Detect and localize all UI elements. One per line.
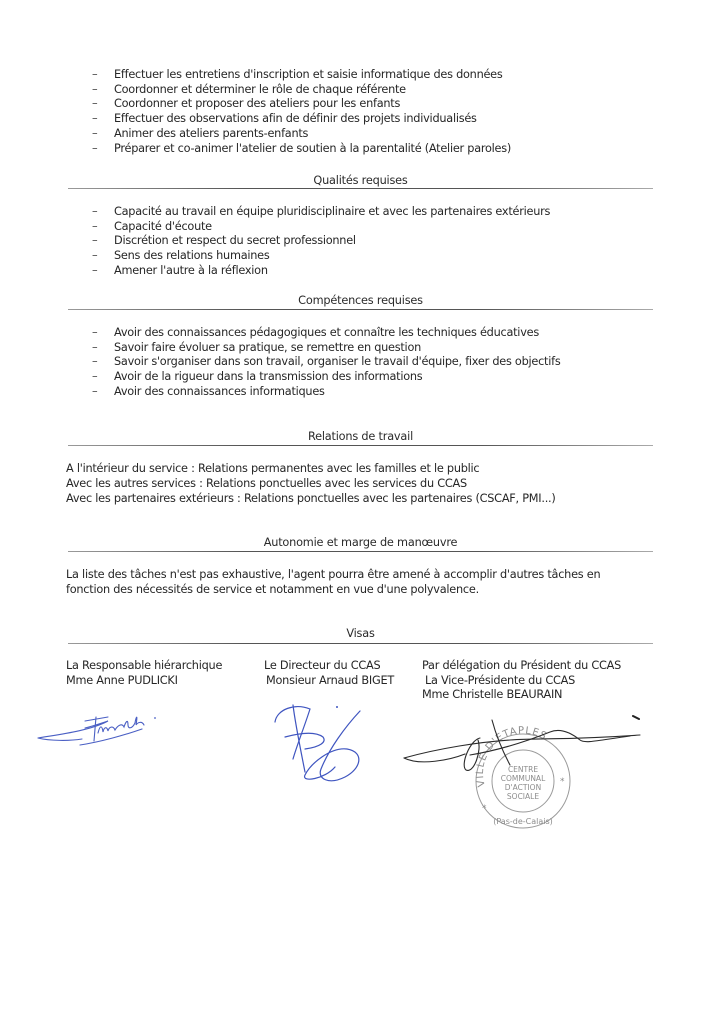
list-item: –Avoir des connaissances pédagogiques et… bbox=[90, 326, 561, 341]
section-divider bbox=[68, 309, 653, 310]
list-item: –Avoir de la rigueur dans la transmissio… bbox=[90, 370, 561, 385]
competences-list: –Avoir des connaissances pédagogiques et… bbox=[90, 326, 561, 400]
dash-bullet: – bbox=[92, 127, 97, 142]
dash-bullet: – bbox=[92, 68, 97, 83]
signatory-name: La Vice-Présidente du CCAS bbox=[422, 674, 621, 689]
signatory-role: La Responsable hiérarchique bbox=[66, 659, 222, 674]
signatory-name: Monsieur Arnaud BIGET bbox=[264, 674, 394, 689]
list-item: –Préparer et co-animer l'atelier de sout… bbox=[90, 142, 511, 157]
dash-bullet: – bbox=[92, 326, 97, 341]
relations-line: Avec les partenaires extérieurs : Relati… bbox=[66, 491, 556, 506]
section-title-autonomie: Autonomie et marge de manœuvre bbox=[68, 536, 653, 549]
list-item: –Coordonner et déterminer le rôle de cha… bbox=[90, 83, 511, 98]
signature-pudlicki bbox=[30, 695, 170, 755]
list-item: –Discrétion et respect du secret profess… bbox=[90, 234, 550, 249]
dash-bullet: – bbox=[92, 341, 97, 356]
autonomie-text: La liste des tâches n'est pas exhaustive… bbox=[66, 567, 600, 597]
section-divider bbox=[68, 188, 653, 189]
section-title-visas: Visas bbox=[68, 627, 653, 640]
dash-bullet: – bbox=[92, 220, 97, 235]
relations-line: A l'intérieur du service : Relations per… bbox=[66, 461, 556, 476]
relations-text: A l'intérieur du service : Relations per… bbox=[66, 461, 556, 506]
stamp-inner-line: SOCIALE bbox=[507, 792, 539, 801]
dash-bullet: – bbox=[92, 234, 97, 249]
signatory-name: Mme Christelle BEAURAIN bbox=[422, 688, 621, 703]
list-item: –Amener l'autre à la réflexion bbox=[90, 264, 550, 279]
dash-bullet: – bbox=[92, 264, 97, 279]
dash-bullet: – bbox=[92, 249, 97, 264]
autonomie-line: La liste des tâches n'est pas exhaustive… bbox=[66, 567, 600, 582]
section-divider bbox=[68, 643, 653, 644]
list-item: –Animer des ateliers parents-enfants bbox=[90, 127, 511, 142]
signatory-name: Mme Anne PUDLICKI bbox=[66, 674, 222, 689]
dash-bullet: – bbox=[92, 97, 97, 112]
list-item: –Savoir faire évoluer sa pratique, se re… bbox=[90, 341, 561, 356]
list-item: –Savoir s'organiser dans son travail, or… bbox=[90, 355, 561, 370]
tasks-list: –Effectuer les entretiens d'inscription … bbox=[90, 68, 511, 156]
signatory-vice-presidente: Par délégation du Président du CCAS La V… bbox=[422, 659, 621, 703]
section-title-qualites: Qualités requises bbox=[68, 174, 653, 187]
list-item: –Effectuer les entretiens d'inscription … bbox=[90, 68, 511, 83]
autonomie-line: fonction des nécessités de service et no… bbox=[66, 582, 600, 597]
stamp-bottom-text: (Pas-de-Calais) bbox=[493, 817, 553, 826]
list-item: –Avoir des connaissances informatiques bbox=[90, 385, 561, 400]
list-item: –Effectuer des observations afin de défi… bbox=[90, 112, 511, 127]
section-divider bbox=[68, 551, 653, 552]
dash-bullet: – bbox=[92, 355, 97, 370]
signatory-role: Le Directeur du CCAS bbox=[264, 659, 394, 674]
signature-beaurain bbox=[400, 710, 650, 780]
signatory-responsable: La Responsable hiérarchique Mme Anne PUD… bbox=[66, 659, 222, 688]
dash-bullet: – bbox=[92, 370, 97, 385]
dash-bullet: – bbox=[92, 142, 97, 157]
relations-line: Avec les autres services : Relations pon… bbox=[66, 476, 556, 491]
stamp-star-icon: * bbox=[482, 804, 487, 814]
dash-bullet: – bbox=[92, 112, 97, 127]
signatory-role: Par délégation du Président du CCAS bbox=[422, 659, 621, 674]
dash-bullet: – bbox=[92, 205, 97, 220]
list-item: –Sens des relations humaines bbox=[90, 249, 550, 264]
dash-bullet: – bbox=[92, 385, 97, 400]
list-item: –Capacité au travail en équipe pluridisc… bbox=[90, 205, 550, 220]
document-page: –Effectuer les entretiens d'inscription … bbox=[0, 0, 724, 1024]
section-title-competences: Compétences requises bbox=[68, 294, 653, 307]
qualites-list: –Capacité au travail en équipe pluridisc… bbox=[90, 205, 550, 279]
section-title-relations: Relations de travail bbox=[68, 430, 653, 443]
section-divider bbox=[68, 445, 653, 446]
list-item: –Coordonner et proposer des ateliers pou… bbox=[90, 97, 511, 112]
stamp-inner-line: D'ACTION bbox=[505, 783, 541, 792]
signatory-directeur: Le Directeur du CCAS Monsieur Arnaud BIG… bbox=[264, 659, 394, 688]
signature-biget bbox=[265, 697, 375, 787]
dash-bullet: – bbox=[92, 83, 97, 98]
list-item: –Capacité d'écoute bbox=[90, 220, 550, 235]
